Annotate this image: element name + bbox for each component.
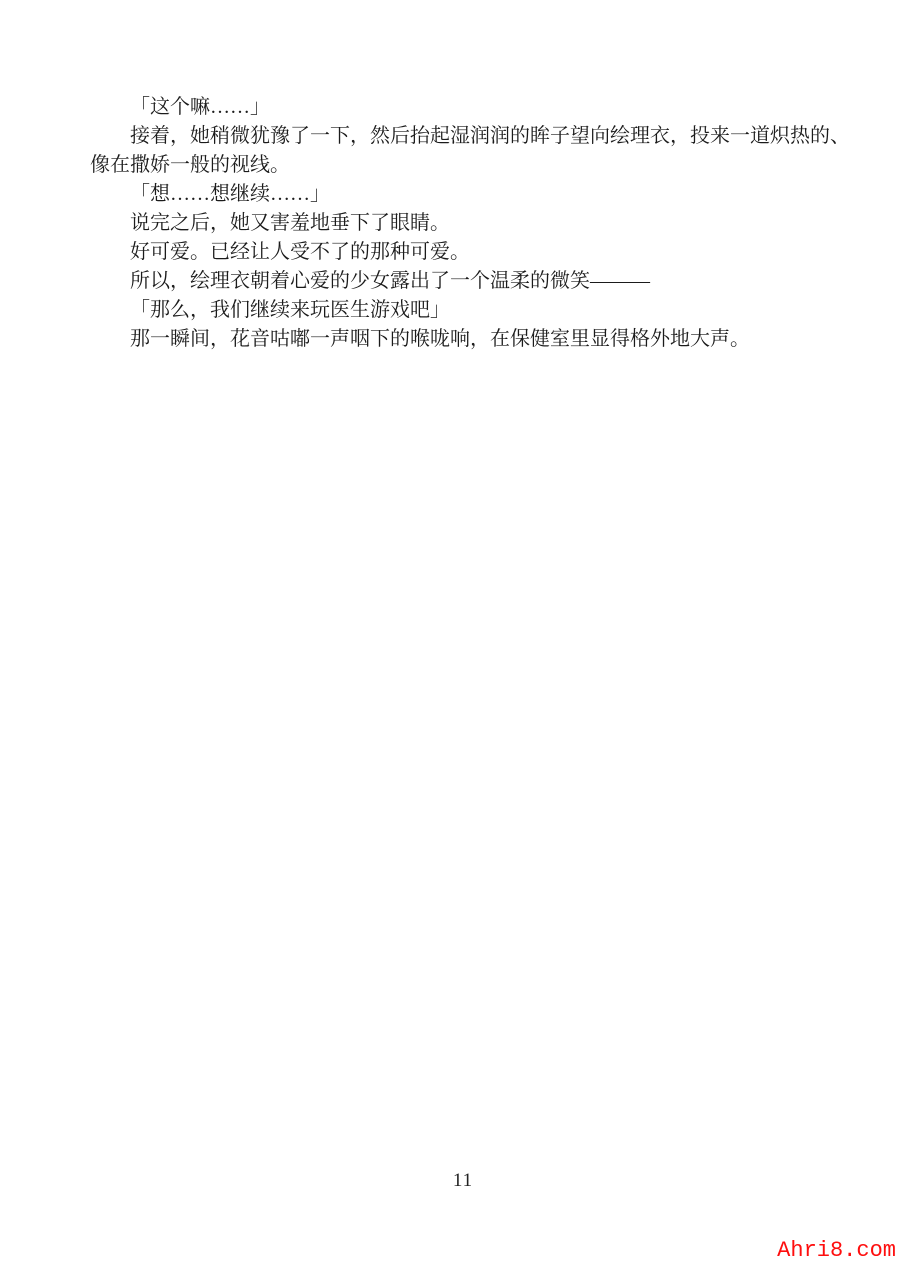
page-text-block: 「这个嘛……」 接着，她稍微犹豫了一下，然后抬起湿润润的眸子望向绘理衣，投来一道… (90, 93, 858, 354)
narration-line: 那一瞬间，花音咕嘟一声咽下的喉咙响，在保健室里显得格外地大声。 (90, 325, 858, 354)
dialogue-line: 「想……想继续……」 (90, 180, 858, 209)
dialogue-line: 「这个嘛……」 (90, 93, 858, 122)
watermark: Ahri8.com (777, 1238, 896, 1263)
book-page: 「这个嘛……」 接着，她稍微犹豫了一下，然后抬起湿润润的眸子望向绘理衣，投来一道… (0, 0, 900, 1271)
narration-line: 好可爱。已经让人受不了的那种可爱。 (90, 238, 858, 267)
narration-line: 所以，绘理衣朝着心爱的少女露出了一个温柔的微笑——— (90, 267, 858, 296)
page-number: 11 (90, 1170, 836, 1192)
narration-line: 接着，她稍微犹豫了一下，然后抬起湿润润的眸子望向绘理衣，投来一道炽热的、像在撒娇… (90, 122, 858, 180)
dialogue-line: 「那么，我们继续来玩医生游戏吧」 (90, 296, 858, 325)
narration-line: 说完之后，她又害羞地垂下了眼睛。 (90, 209, 858, 238)
